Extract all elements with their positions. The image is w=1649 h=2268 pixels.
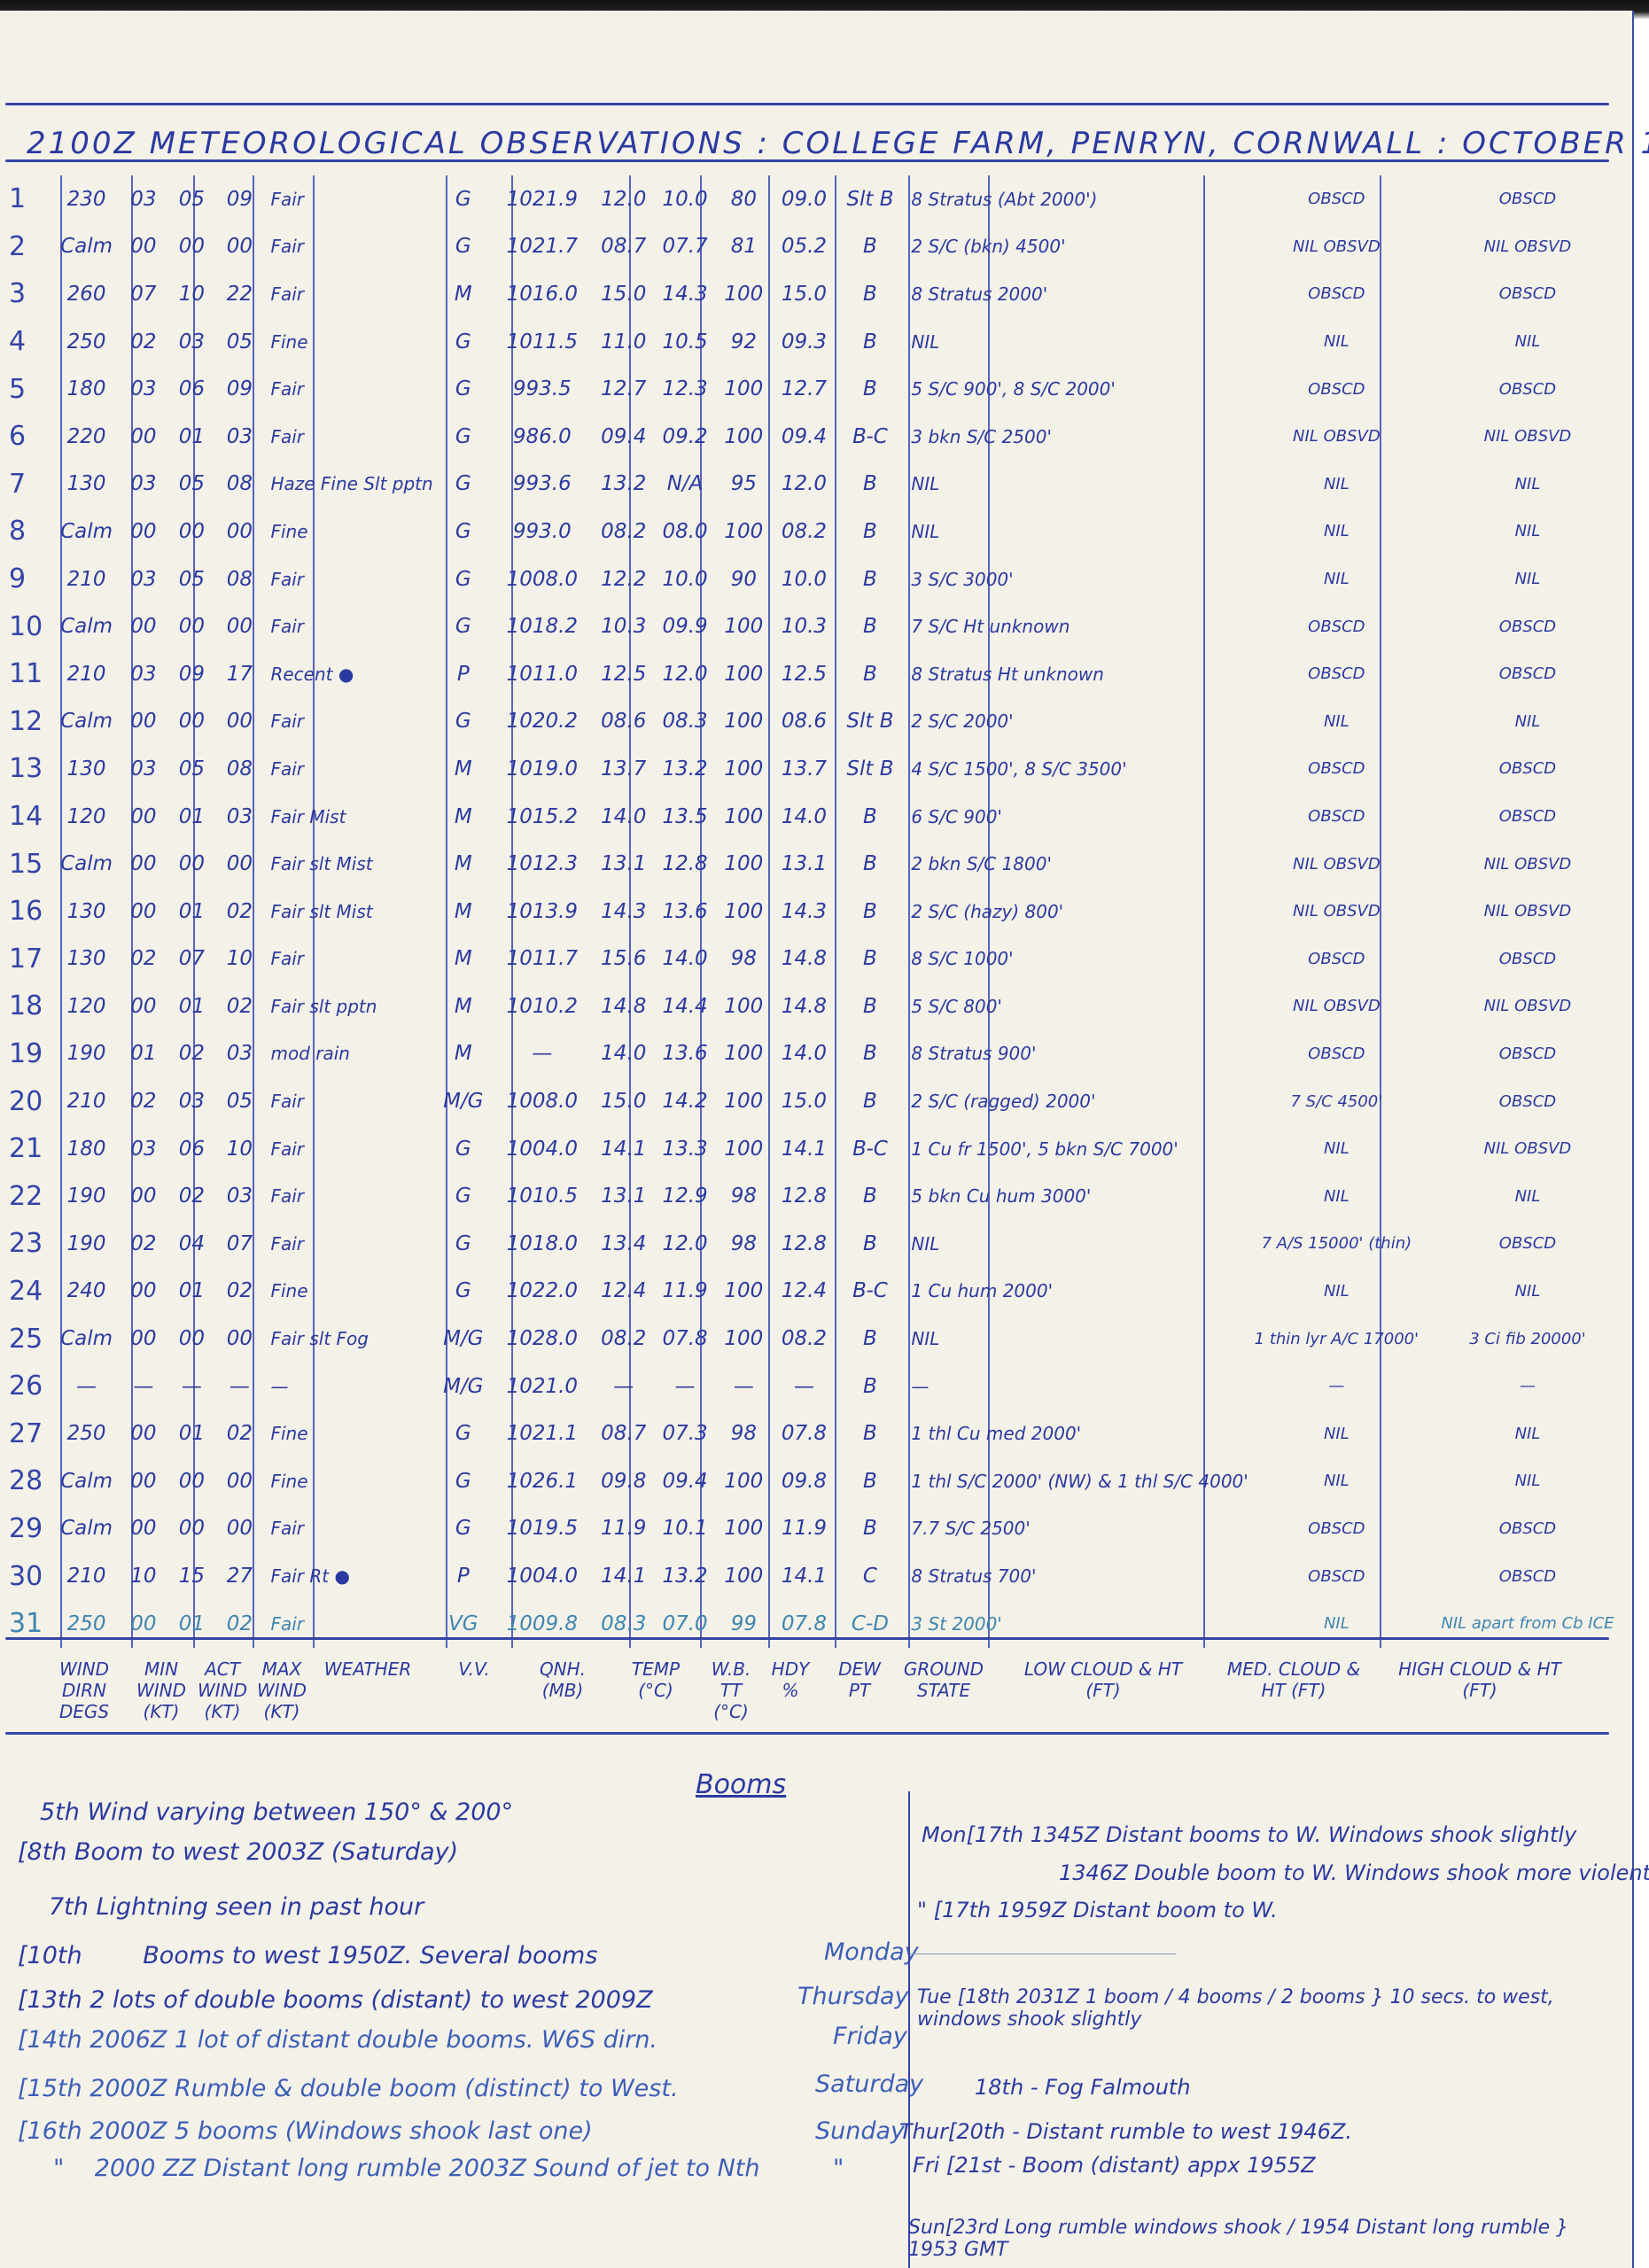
cell-act-wind: 06: [168, 1125, 216, 1173]
cell-qnh: 1026.1: [492, 1457, 593, 1505]
note-right: Mon[17th 1345Z Distant booms to W. Windo…: [922, 1822, 1576, 1847]
cell-wind-dir: Calm: [54, 1315, 119, 1363]
cell-med-cloud: NIL OBSVD: [1250, 840, 1423, 888]
cell-max-wind: 10: [215, 1125, 263, 1173]
cell-low-cloud: 8 Stratus (Abt 2000'): [904, 175, 1249, 223]
cell-hdy: 100: [715, 745, 772, 793]
cell-med-cloud: NIL: [1250, 1125, 1423, 1173]
cell-weather: Fair: [263, 1172, 434, 1220]
cell-day: 26: [0, 1363, 54, 1410]
cell-hdy: 100: [715, 365, 772, 413]
cell-vv: P: [435, 1552, 492, 1600]
cell-wind-dir: 180: [54, 1125, 119, 1173]
cell-vv: P: [435, 650, 492, 698]
cell-max-wind: 00: [215, 1315, 263, 1363]
cell-low-cloud: 7 S/C Ht unknown: [904, 602, 1249, 650]
cell-high-cloud: OBSCD: [1423, 365, 1632, 413]
cell-wind-dir: 260: [54, 270, 119, 318]
cell-act-wind: 00: [168, 840, 216, 888]
table-row: 8Calm000000FineG993.008.208.010008.2BNIL…: [0, 508, 1632, 555]
cell-act-wind: 00: [168, 508, 216, 555]
table-row: 28Calm000000FineG1026.109.809.410009.8B1…: [0, 1457, 1632, 1505]
cell-qnh: 1013.9: [492, 888, 593, 936]
cell-high-cloud: 3 Ci fib 20000': [1423, 1315, 1632, 1363]
cell-wb: 12.3: [655, 365, 715, 413]
cell-temp: 11.0: [593, 318, 655, 366]
cell-low-cloud: NIL: [904, 508, 1249, 555]
cell-low-cloud: NIL: [904, 318, 1249, 366]
header-hdy: Hdy %: [764, 1658, 817, 1701]
cell-vv: G: [435, 223, 492, 271]
table-row: 14120000103Fair MistM1015.214.013.510014…: [0, 793, 1632, 841]
cell-day: 21: [0, 1125, 54, 1173]
cell-ground: B: [836, 555, 904, 603]
cell-dew: 15.0: [772, 1077, 836, 1125]
cell-max-wind: 00: [215, 1505, 263, 1553]
cell-temp: 08.2: [593, 1315, 655, 1363]
table-row: 3260071022FairM1016.015.014.310015.0B8 S…: [0, 270, 1632, 318]
cell-dew: 15.0: [772, 270, 836, 318]
cell-ground: B: [836, 1505, 904, 1553]
cell-qnh: 1022.0: [492, 1268, 593, 1316]
cell-min-wind: 00: [119, 1315, 167, 1363]
cell-weather: Fine: [263, 1268, 434, 1316]
cell-wind-dir: 130: [54, 461, 119, 509]
cell-temp: 14.3: [593, 888, 655, 936]
cell-qnh: 1015.2: [492, 793, 593, 841]
cell-act-wind: 01: [168, 888, 216, 936]
cell-wind-dir: 120: [54, 983, 119, 1030]
cell-med-cloud: OBSCD: [1250, 793, 1423, 841]
cell-temp: 12.0: [593, 175, 655, 223]
cell-high-cloud: NIL: [1423, 318, 1632, 366]
cell-low-cloud: 5 bkn Cu hum 3000': [904, 1172, 1249, 1220]
cell-low-cloud: 8 Stratus 900': [904, 1030, 1249, 1078]
cell-wb: 09.4: [655, 1457, 715, 1505]
cell-max-wind: 03: [215, 1172, 263, 1220]
cell-weather: Fair: [263, 555, 434, 603]
cell-act-wind: 09: [168, 650, 216, 698]
note-left: [15th 2000Z Rumble & double boom (distin…: [18, 2075, 679, 2102]
cell-med-cloud: NIL: [1250, 318, 1423, 366]
cell-hdy: 100: [715, 1077, 772, 1125]
cell-high-cloud: OBSCD: [1423, 270, 1632, 318]
cell-weather: Fair: [263, 413, 434, 461]
table-row: 21180030610FairG1004.014.113.310014.1B-C…: [0, 1125, 1632, 1173]
cell-wind-dir: Calm: [54, 840, 119, 888]
cell-wb: 07.3: [655, 1410, 715, 1457]
table-row: 7130030508Haze Fine Slt pptnG993.613.2N/…: [0, 461, 1632, 509]
cell-day: 6: [0, 413, 54, 461]
header-low-cloud: Low Cloud & Ht (Ft): [1019, 1658, 1187, 1701]
table-row: 13130030508FairM1019.013.713.210013.7Slt…: [0, 745, 1632, 793]
table-row: 16130000102Fair slt MistM1013.914.313.61…: [0, 888, 1632, 936]
notes-heading: Booms: [696, 1769, 786, 1800]
note-day-label: Friday: [833, 2023, 907, 2050]
cell-day: 22: [0, 1172, 54, 1220]
cell-min-wind: 02: [119, 318, 167, 366]
cell-weather: Fair Mist: [263, 793, 434, 841]
cell-vv: M: [435, 888, 492, 936]
cell-qnh: 1010.5: [492, 1172, 593, 1220]
cell-ground: B: [836, 461, 904, 509]
cell-qnh: 1020.2: [492, 698, 593, 746]
cell-dew: 09.3: [772, 318, 836, 366]
cell-ground: C: [836, 1552, 904, 1600]
cell-ground: B: [836, 793, 904, 841]
cell-med-cloud: NIL OBSVD: [1250, 983, 1423, 1030]
cell-ground: B: [836, 223, 904, 271]
cell-low-cloud: 1 Cu hum 2000': [904, 1268, 1249, 1316]
cell-wind-dir: Calm: [54, 508, 119, 555]
cell-act-wind: 01: [168, 983, 216, 1030]
cell-dew: 14.1: [772, 1552, 836, 1600]
table-row: 24240000102FineG1022.012.411.910012.4B-C…: [0, 1268, 1632, 1316]
table-row: 5180030609FairG993.512.712.310012.7B5 S/…: [0, 365, 1632, 413]
note-left: [13th 2 lots of double booms (distant) t…: [18, 1986, 653, 2014]
cell-max-wind: 02: [215, 1410, 263, 1457]
cell-hdy: 100: [715, 840, 772, 888]
cell-dew: 12.8: [772, 1220, 836, 1268]
note-left: [10th Booms to west 1950Z. Several booms: [18, 1942, 597, 1969]
note-day-label: ": [833, 2155, 844, 2182]
table-row: 31250000102FairVG1009.808.307.09907.8C-D…: [0, 1600, 1632, 1648]
cell-ground: B: [836, 1030, 904, 1078]
cell-weather: Fair: [263, 223, 434, 271]
cell-dew: 08.2: [772, 1315, 836, 1363]
note-right: Sun[23rd Long rumble windows shook / 195…: [908, 2217, 1599, 2261]
cell-wind-dir: Calm: [54, 602, 119, 650]
note-left: 5th Wind varying between 150° & 200°: [40, 1798, 513, 1826]
cell-day: 7: [0, 461, 54, 509]
cell-hdy: 81: [715, 223, 772, 271]
cell-wb: 12.9: [655, 1172, 715, 1220]
cell-weather: Fair slt Fog: [263, 1315, 434, 1363]
cell-vv: G: [435, 1410, 492, 1457]
cell-temp: —: [593, 1363, 655, 1410]
cell-temp: 13.4: [593, 1220, 655, 1268]
cell-qnh: 1028.0: [492, 1315, 593, 1363]
cell-hdy: 100: [715, 1457, 772, 1505]
cell-wind-dir: Calm: [54, 698, 119, 746]
cell-weather: Recent ●: [263, 650, 434, 698]
cell-ground: B: [836, 1410, 904, 1457]
cell-day: 2: [0, 223, 54, 271]
cell-ground: B: [836, 650, 904, 698]
cell-low-cloud: 1 Cu fr 1500', 5 bkn S/C 7000': [904, 1125, 1249, 1173]
cell-qnh: 1021.0: [492, 1363, 593, 1410]
cell-vv: G: [435, 602, 492, 650]
cell-min-wind: 02: [119, 1220, 167, 1268]
table-row: 15Calm000000Fair slt MistM1012.313.112.8…: [0, 840, 1632, 888]
cell-dew: 07.8: [772, 1410, 836, 1457]
cell-vv: G: [435, 1457, 492, 1505]
cell-wind-dir: 190: [54, 1172, 119, 1220]
cell-vv: VG: [435, 1600, 492, 1648]
cell-day: 5: [0, 365, 54, 413]
cell-wb: 09.2: [655, 413, 715, 461]
cell-wind-dir: 220: [54, 413, 119, 461]
cell-act-wind: 03: [168, 318, 216, 366]
note-day-label: Monday: [824, 1938, 919, 1966]
cell-med-cloud: NIL: [1250, 1172, 1423, 1220]
cell-wb: 13.2: [655, 1552, 715, 1600]
cell-hdy: 95: [715, 461, 772, 509]
table-row: 6220000103FairG986.009.409.210009.4B-C3 …: [0, 413, 1632, 461]
cell-qnh: 1016.0: [492, 270, 593, 318]
cell-day: 12: [0, 698, 54, 746]
cell-med-cloud: NIL: [1250, 461, 1423, 509]
cell-high-cloud: OBSCD: [1423, 602, 1632, 650]
header-bottom-rule: [5, 1732, 1609, 1735]
cell-temp: 13.2: [593, 461, 655, 509]
cell-wb: 07.0: [655, 1600, 715, 1648]
cell-ground: B: [836, 888, 904, 936]
cell-ground: B: [836, 1077, 904, 1125]
cell-min-wind: 00: [119, 413, 167, 461]
cell-high-cloud: NIL OBSVD: [1423, 983, 1632, 1030]
cell-min-wind: 00: [119, 223, 167, 271]
cell-day: 8: [0, 508, 54, 555]
cell-vv: G: [435, 413, 492, 461]
cell-high-cloud: NIL OBSVD: [1423, 840, 1632, 888]
cell-hdy: 100: [715, 602, 772, 650]
cell-qnh: 1008.0: [492, 1077, 593, 1125]
table-row: 25Calm000000Fair slt FogM/G1028.008.207.…: [0, 1315, 1632, 1363]
cell-low-cloud: 3 S/C 3000': [904, 555, 1249, 603]
cell-ground: B-C: [836, 1268, 904, 1316]
cell-temp: 09.8: [593, 1457, 655, 1505]
cell-vv: G: [435, 175, 492, 223]
cell-day: 3: [0, 270, 54, 318]
cell-high-cloud: NIL apart from Cb ICE: [1423, 1600, 1632, 1648]
cell-act-wind: 00: [168, 1457, 216, 1505]
cell-hdy: 98: [715, 1410, 772, 1457]
cell-ground: B: [836, 983, 904, 1030]
cell-wind-dir: Calm: [54, 1457, 119, 1505]
cell-act-wind: 01: [168, 793, 216, 841]
table-row: 29Calm000000FairG1019.511.910.110011.9B7…: [0, 1505, 1632, 1553]
cell-day: 31: [0, 1600, 54, 1648]
cell-weather: Fair: [263, 1600, 434, 1648]
table-row: 11210030917Recent ●P1011.012.512.010012.…: [0, 650, 1632, 698]
cell-low-cloud: 3 St 2000': [904, 1600, 1249, 1648]
cell-ground: B: [836, 508, 904, 555]
cell-wind-dir: 210: [54, 650, 119, 698]
cell-wind-dir: 250: [54, 318, 119, 366]
cell-min-wind: 03: [119, 745, 167, 793]
cell-act-wind: 03: [168, 1077, 216, 1125]
cell-dew: 14.8: [772, 936, 836, 983]
cell-qnh: 993.5: [492, 365, 593, 413]
cell-max-wind: 00: [215, 1457, 263, 1505]
cell-high-cloud: NIL OBSVD: [1423, 223, 1632, 271]
cell-min-wind: 00: [119, 840, 167, 888]
cell-weather: Fair: [263, 936, 434, 983]
cell-med-cloud: NIL OBSVD: [1250, 223, 1423, 271]
table-row: 22190000203FairG1010.513.112.99812.8B5 b…: [0, 1172, 1632, 1220]
cell-min-wind: 00: [119, 888, 167, 936]
cell-wb: 10.0: [655, 175, 715, 223]
cell-max-wind: 27: [215, 1552, 263, 1600]
cell-wb: N/A: [655, 461, 715, 509]
cell-day: 27: [0, 1410, 54, 1457]
cell-max-wind: 03: [215, 793, 263, 841]
cell-wind-dir: 130: [54, 745, 119, 793]
cell-weather: Fair: [263, 1220, 434, 1268]
cell-hdy: 100: [715, 270, 772, 318]
cell-ground: B: [836, 1363, 904, 1410]
cell-hdy: —: [715, 1363, 772, 1410]
cell-temp: 10.3: [593, 602, 655, 650]
cell-med-cloud: NIL: [1250, 1457, 1423, 1505]
cell-wb: 13.5: [655, 793, 715, 841]
cell-hdy: 100: [715, 413, 772, 461]
cell-weather: Fair: [263, 270, 434, 318]
top-rule: [5, 103, 1609, 105]
cell-temp: 14.0: [593, 1030, 655, 1078]
cell-wind-dir: 230: [54, 175, 119, 223]
cell-med-cloud: OBSCD: [1250, 650, 1423, 698]
cell-min-wind: 02: [119, 1077, 167, 1125]
cell-dew: 10.0: [772, 555, 836, 603]
cell-dew: 13.1: [772, 840, 836, 888]
cell-med-cloud: NIL OBSVD: [1250, 413, 1423, 461]
cell-min-wind: 03: [119, 650, 167, 698]
cell-max-wind: 03: [215, 1030, 263, 1078]
cell-min-wind: 02: [119, 936, 167, 983]
cell-max-wind: 07: [215, 1220, 263, 1268]
cell-ground: B-C: [836, 1125, 904, 1173]
cell-min-wind: 00: [119, 698, 167, 746]
cell-ground: Slt B: [836, 175, 904, 223]
observation-sheet: 2100Z Meteorological Observations : Coll…: [0, 11, 1634, 2268]
cell-qnh: 1011.5: [492, 318, 593, 366]
cell-med-cloud: NIL: [1250, 1268, 1423, 1316]
cell-weather: Fair: [263, 365, 434, 413]
cell-high-cloud: OBSCD: [1423, 745, 1632, 793]
cell-high-cloud: OBSCD: [1423, 175, 1632, 223]
cell-wind-dir: 190: [54, 1220, 119, 1268]
cell-dew: 14.0: [772, 1030, 836, 1078]
cell-day: 1: [0, 175, 54, 223]
cell-act-wind: 02: [168, 1030, 216, 1078]
cell-wb: 13.3: [655, 1125, 715, 1173]
cell-vv: M: [435, 745, 492, 793]
cell-high-cloud: OBSCD: [1423, 1220, 1632, 1268]
cell-wb: 10.1: [655, 1505, 715, 1553]
cell-low-cloud: 2 S/C (ragged) 2000': [904, 1077, 1249, 1125]
cell-temp: 08.6: [593, 698, 655, 746]
cell-vv: M: [435, 1030, 492, 1078]
cell-med-cloud: 7 S/C 4500': [1250, 1077, 1423, 1125]
cell-qnh: 1011.7: [492, 936, 593, 983]
cell-min-wind: 00: [119, 1457, 167, 1505]
cell-wb: 07.7: [655, 223, 715, 271]
cell-wb: 12.8: [655, 840, 715, 888]
cell-dew: 09.4: [772, 413, 836, 461]
cell-hdy: 100: [715, 1125, 772, 1173]
cell-weather: Fair: [263, 1505, 434, 1553]
cell-act-wind: 07: [168, 936, 216, 983]
cell-min-wind: 03: [119, 1125, 167, 1173]
cell-ground: B: [836, 840, 904, 888]
cell-qnh: 1021.1: [492, 1410, 593, 1457]
header-vv: V.V.: [443, 1658, 505, 1680]
note-day-label: Saturday: [815, 2070, 923, 2098]
cell-temp: 14.8: [593, 983, 655, 1030]
cell-high-cloud: NIL: [1423, 1268, 1632, 1316]
cell-vv: G: [435, 698, 492, 746]
header-wb: W.B. TT (°C): [700, 1658, 762, 1722]
cell-temp: 09.4: [593, 413, 655, 461]
table-row: 10Calm000000FairG1018.210.309.910010.3B7…: [0, 602, 1632, 650]
header-min-wind: Min Wind (Kt): [131, 1658, 191, 1722]
cell-wind-dir: 180: [54, 365, 119, 413]
cell-dew: 12.5: [772, 650, 836, 698]
cell-dew: 12.0: [772, 461, 836, 509]
cell-high-cloud: OBSCD: [1423, 650, 1632, 698]
cell-qnh: 986.0: [492, 413, 593, 461]
cell-min-wind: —: [119, 1363, 167, 1410]
header-ground: Ground State: [895, 1658, 992, 1701]
cell-max-wind: 02: [215, 888, 263, 936]
cell-ground: B: [836, 602, 904, 650]
cell-med-cloud: OBSCD: [1250, 745, 1423, 793]
observations-table: 1230030509FairG1021.912.010.08009.0Slt B…: [0, 175, 1632, 1647]
cell-vv: M: [435, 793, 492, 841]
cell-high-cloud: NIL OBSVD: [1423, 1125, 1632, 1173]
cell-vv: M: [435, 270, 492, 318]
header-act-wind: Act Wind (Kt): [193, 1658, 252, 1722]
cell-dew: 08.6: [772, 698, 836, 746]
cell-wind-dir: 240: [54, 1268, 119, 1316]
cell-temp: 08.3: [593, 1600, 655, 1648]
cell-wb: 14.3: [655, 270, 715, 318]
cell-day: 11: [0, 650, 54, 698]
cell-max-wind: 09: [215, 175, 263, 223]
cell-hdy: 100: [715, 888, 772, 936]
table-row: 20210020305FairM/G1008.015.014.210015.0B…: [0, 1077, 1632, 1125]
cell-vv: M/G: [435, 1077, 492, 1125]
note-right: Fri [21st - Boom (distant) appx 1955Z: [913, 2153, 1316, 2178]
cell-max-wind: 03: [215, 413, 263, 461]
cell-weather: Haze Fine Slt pptn: [263, 461, 434, 509]
header-weather: Weather: [319, 1658, 416, 1680]
cell-wb: —: [655, 1363, 715, 1410]
cell-temp: 13.1: [593, 1172, 655, 1220]
table-row: 30210101527Fair Rt ●P1004.014.113.210014…: [0, 1552, 1632, 1600]
cell-med-cloud: OBSCD: [1250, 365, 1423, 413]
cell-vv: M: [435, 936, 492, 983]
cell-day: 29: [0, 1505, 54, 1553]
table-row: 9210030508FairG1008.012.210.09010.0B3 S/…: [0, 555, 1632, 603]
header-dew: Dew Pt: [828, 1658, 891, 1701]
cell-day: 19: [0, 1030, 54, 1078]
cell-wind-dir: 130: [54, 888, 119, 936]
cell-day: 9: [0, 555, 54, 603]
table-row: 17130020710FairM1011.715.614.09814.8B8 S…: [0, 936, 1632, 983]
cell-wb: 14.4: [655, 983, 715, 1030]
cell-high-cloud: OBSCD: [1423, 936, 1632, 983]
cell-high-cloud: OBSCD: [1423, 1030, 1632, 1078]
cell-high-cloud: NIL: [1423, 555, 1632, 603]
cell-min-wind: 00: [119, 1410, 167, 1457]
cell-vv: G: [435, 365, 492, 413]
table-row: 1230030509FairG1021.912.010.08009.0Slt B…: [0, 175, 1632, 223]
cell-dew: 11.9: [772, 1505, 836, 1553]
cell-high-cloud: NIL OBSVD: [1423, 413, 1632, 461]
